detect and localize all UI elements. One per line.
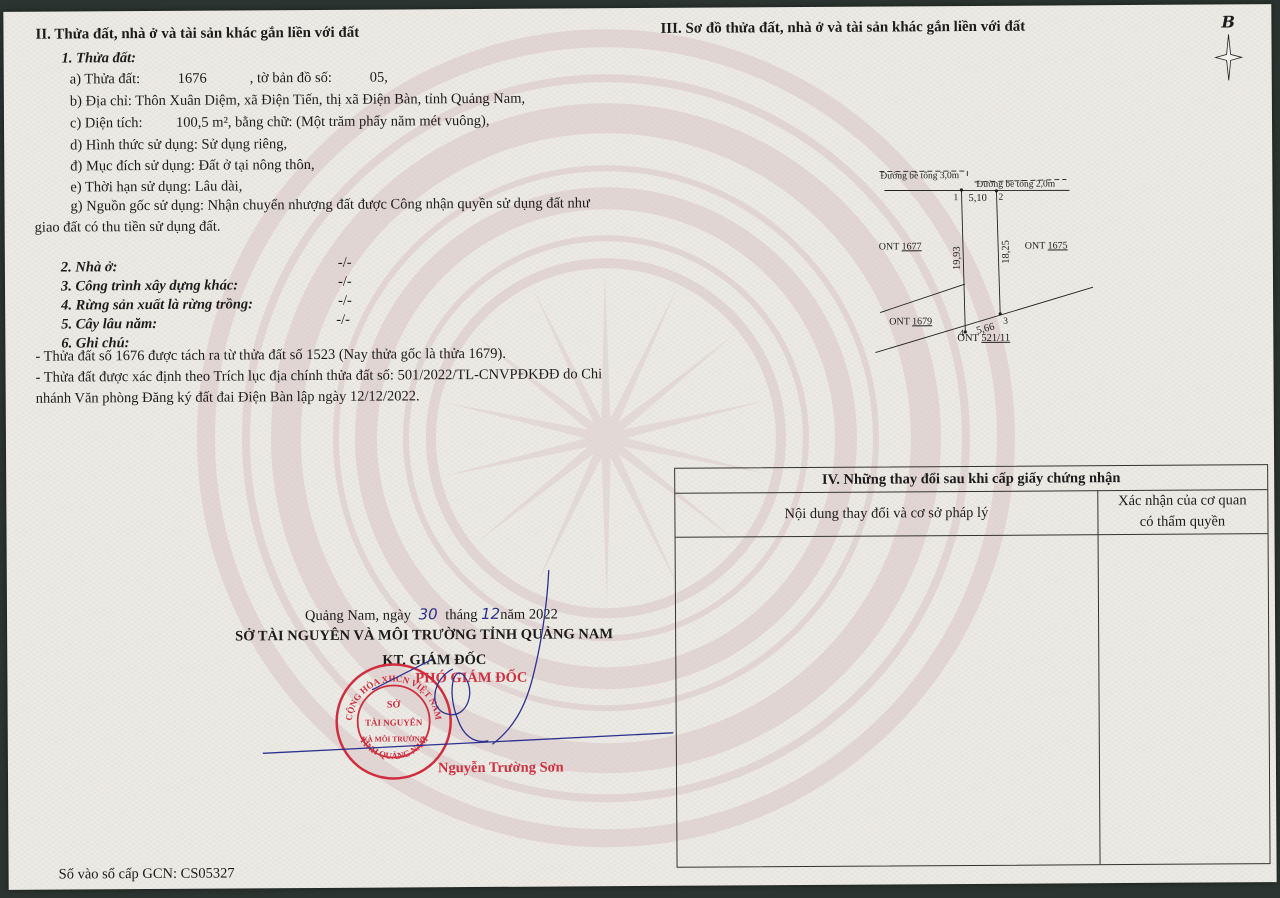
section-2-heading: II. Thửa đất, nhà ở và tài sản khác gắn … <box>35 26 359 43</box>
svg-text:ONT 1679: ONT 1679 <box>889 316 932 327</box>
road-1-label: Đường bê tông 3,0m <box>880 171 959 181</box>
edge-top: 5,10 <box>968 193 986 204</box>
neighbor-521-11: ONT 521/11 <box>957 334 1010 345</box>
forest-value: -/- <box>338 294 352 309</box>
area-value: 100,5 m², bằng chữ: (Một trăm phẩy năm m… <box>176 114 490 130</box>
neighbor-type: ONT <box>957 333 978 344</box>
parcel-label: a) Thửa đất: <box>70 72 140 87</box>
neighbor-type: ONT <box>889 316 910 327</box>
map-sheet-label: , tờ bản đồ số: <box>250 71 332 86</box>
issue-day: 30 <box>414 605 441 623</box>
edge-left: 19,93 <box>952 246 963 270</box>
month-label: tháng <box>445 607 477 623</box>
usage-origin-cont: giao đất có thu tiền sử dụng đất. <box>35 220 221 236</box>
forest-label: 4. Rừng sản xuất là rừng trồng: <box>61 297 253 313</box>
issuing-agency: SỞ TÀI NGUYÊN VÀ MÔI TRƯỜNG TỈNH QUẢNG N… <box>235 627 613 644</box>
note-2: - Thửa đất được xác định theo Trích lục … <box>36 367 603 385</box>
date-prefix: Quảng Nam, ngày <box>305 607 411 624</box>
parcel-number: 1676 <box>178 72 207 87</box>
note-2-cont: nhánh Văn phòng Đăng ký đất đai Điện Bàn… <box>36 389 420 406</box>
usage-term: e) Thời hạn sử dụng: Lâu dài, <box>70 179 242 195</box>
column-divider <box>1097 490 1100 864</box>
column-changes-header: Nội dung thay đổi và cơ sở pháp lý <box>675 490 1097 537</box>
usage-form: d) Hình thức sử dụng: Sử dụng riêng, <box>70 137 287 153</box>
registry-number: Số vào sổ cấp GCN: CS05327 <box>59 866 235 882</box>
stamp-line-1: SỞ <box>387 698 401 710</box>
house-label: 2. Nhà ở: <box>61 260 118 275</box>
neighbor-type: ONT <box>1025 241 1046 252</box>
certificate-page: II. Thửa đất, nhà ở và tài sản khác gắn … <box>3 4 1276 890</box>
address: b) Địa chỉ: Thôn Xuân Diệm, xã Điện Tiến… <box>70 92 525 109</box>
map-sheet-number: 05, <box>370 71 388 86</box>
neighbor-1679: 1679 <box>912 316 932 327</box>
issue-month: 12 <box>481 605 500 623</box>
note-1: - Thửa đất số 1676 được tách ra từ thửa … <box>35 347 506 364</box>
house-value: -/- <box>338 256 352 271</box>
other-construction-label: 3. Công trình xây dựng khác: <box>61 278 238 294</box>
stamp-line-3: VÀ MÔI TRƯỜNG <box>362 733 426 743</box>
perennial-label: 5. Cây lâu năm: <box>61 317 157 332</box>
stamp-line-2: TÀI NGUYÊN <box>365 717 423 727</box>
point-2: 2 <box>998 193 1003 203</box>
handwritten-signature <box>262 568 683 771</box>
neighbor-parcel: 521/11 <box>981 333 1010 344</box>
road-2-label: Đường bê tông 2,0m <box>976 179 1055 189</box>
svg-text:ONT 1677: ONT 1677 <box>879 241 922 252</box>
edge-right: 18,25 <box>1001 240 1012 264</box>
year-label: năm 2022 <box>500 607 558 623</box>
north-label: B <box>1221 14 1235 30</box>
changes-table: IV. Những thay đổi sau khi cấp giấy chứn… <box>674 464 1270 868</box>
perennial-value: -/- <box>336 313 350 328</box>
signer-name: Nguyễn Trường Sơn <box>438 760 564 775</box>
section-3-heading: III. Sơ đồ thửa đất, nhà ở và tài sản kh… <box>660 20 1025 37</box>
svg-text:ONT 1675: ONT 1675 <box>1025 240 1068 251</box>
neighbor-1677: 1677 <box>902 241 922 252</box>
issue-date: Quảng Nam, ngày 30 tháng 12năm 2022 <box>305 607 558 624</box>
usage-origin: g) Nguồn gốc sử dụng: Nhận chuyển nhượng… <box>70 196 589 214</box>
point-3: 3 <box>1003 317 1008 327</box>
usage-purpose: đ) Mục đích sử dụng: Đất ở tại nông thôn… <box>70 158 314 174</box>
official-stamp: CỘNG HÒA XHCN VIỆT NAM TỈNH QUẢNG NAM SỞ… <box>333 661 454 782</box>
area-label: c) Diện tích: <box>70 116 143 131</box>
north-arrow-icon <box>1213 32 1243 82</box>
neighbor-type: ONT <box>879 241 900 252</box>
column-confirmation-header: Xác nhận của cơ quan có thẩm quyền <box>1097 489 1267 534</box>
subsection-parcel: 1. Thửa đất: <box>62 51 136 66</box>
parcel-diagram: Đường bê tông 3,0m Đường bê tông 2,0m 1 … <box>864 163 1105 354</box>
neighbor-1675: 1675 <box>1048 240 1068 251</box>
point-1: 1 <box>953 193 958 203</box>
other-construction-value: -/- <box>338 275 352 290</box>
